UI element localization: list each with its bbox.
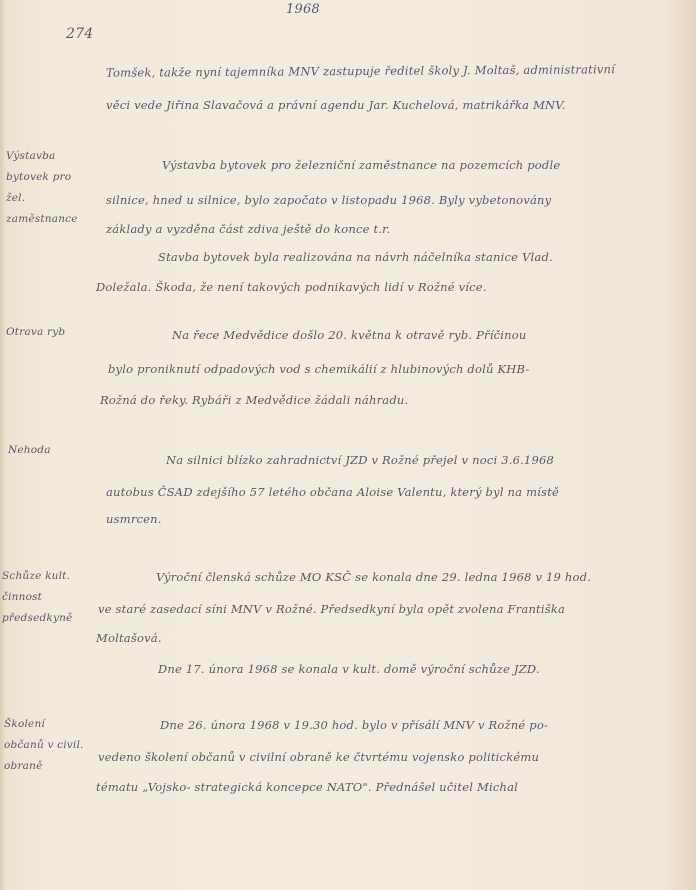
margin-note: Nehoda: [8, 440, 88, 461]
text-line: Moltašová.: [96, 631, 162, 645]
text-line: vedeno školení občanů v civilní obraně k…: [98, 750, 539, 764]
text-line: usmrcen.: [106, 512, 162, 526]
text-line: Výroční členská schůze MO KSČ se konala …: [156, 570, 591, 584]
margin-note: Otrava ryb: [6, 322, 86, 343]
text-line: tématu „Vojsko- strategická koncepce NAT…: [96, 780, 518, 794]
text-line: autobus ČSAD zdejšího 57 letého občana A…: [106, 485, 559, 499]
text-line: silnice, hned u silnice, bylo započato v…: [106, 193, 551, 207]
text-line: Dne 17. února 1968 se konala v kult. dom…: [158, 662, 540, 676]
text-line: základy a vyzděna část zdiva ještě do ko…: [106, 222, 390, 236]
text-line: bylo proniknutí odpadových vod s chemiká…: [108, 362, 529, 376]
text-line: Výstavba bytovek pro železniční zaměstna…: [162, 158, 560, 172]
text-line: Dne 26. února 1968 v 19.30 hod. bylo v p…: [160, 718, 548, 732]
text-line: Na silnici blízko zahradnictví JZD v Rož…: [166, 453, 554, 467]
text-line: Na řece Medvědice došlo 20. května k otr…: [172, 328, 526, 342]
text-line: ve staré zasedací síni MNV v Rožné. Před…: [98, 602, 565, 616]
page-number: 274: [66, 26, 93, 42]
year-heading: 1968: [286, 2, 320, 17]
text-line: Rožná do řeky. Rybáři z Medvědice žádali…: [100, 393, 408, 407]
text-line: Tomšek, takže nyní tajemníka MNV zastupu…: [106, 62, 615, 80]
margin-note: Školení občanů v civil. obraně: [4, 714, 84, 777]
text-line: Stavba bytovek byla realizována na návrh…: [158, 250, 553, 264]
text-line: Doležala. Škoda, že není takových podnik…: [96, 280, 487, 294]
text-line: věci vede Jiřina Slavačová a právní agen…: [106, 98, 566, 112]
chronicle-page: 1968 274 Tomšek, takže nyní tajemníka MN…: [0, 0, 696, 890]
margin-note: Schůze kult. činnost předsedkyně: [2, 566, 82, 629]
margin-note: Výstavba bytovek pro žel. zaměstnance: [6, 146, 86, 230]
